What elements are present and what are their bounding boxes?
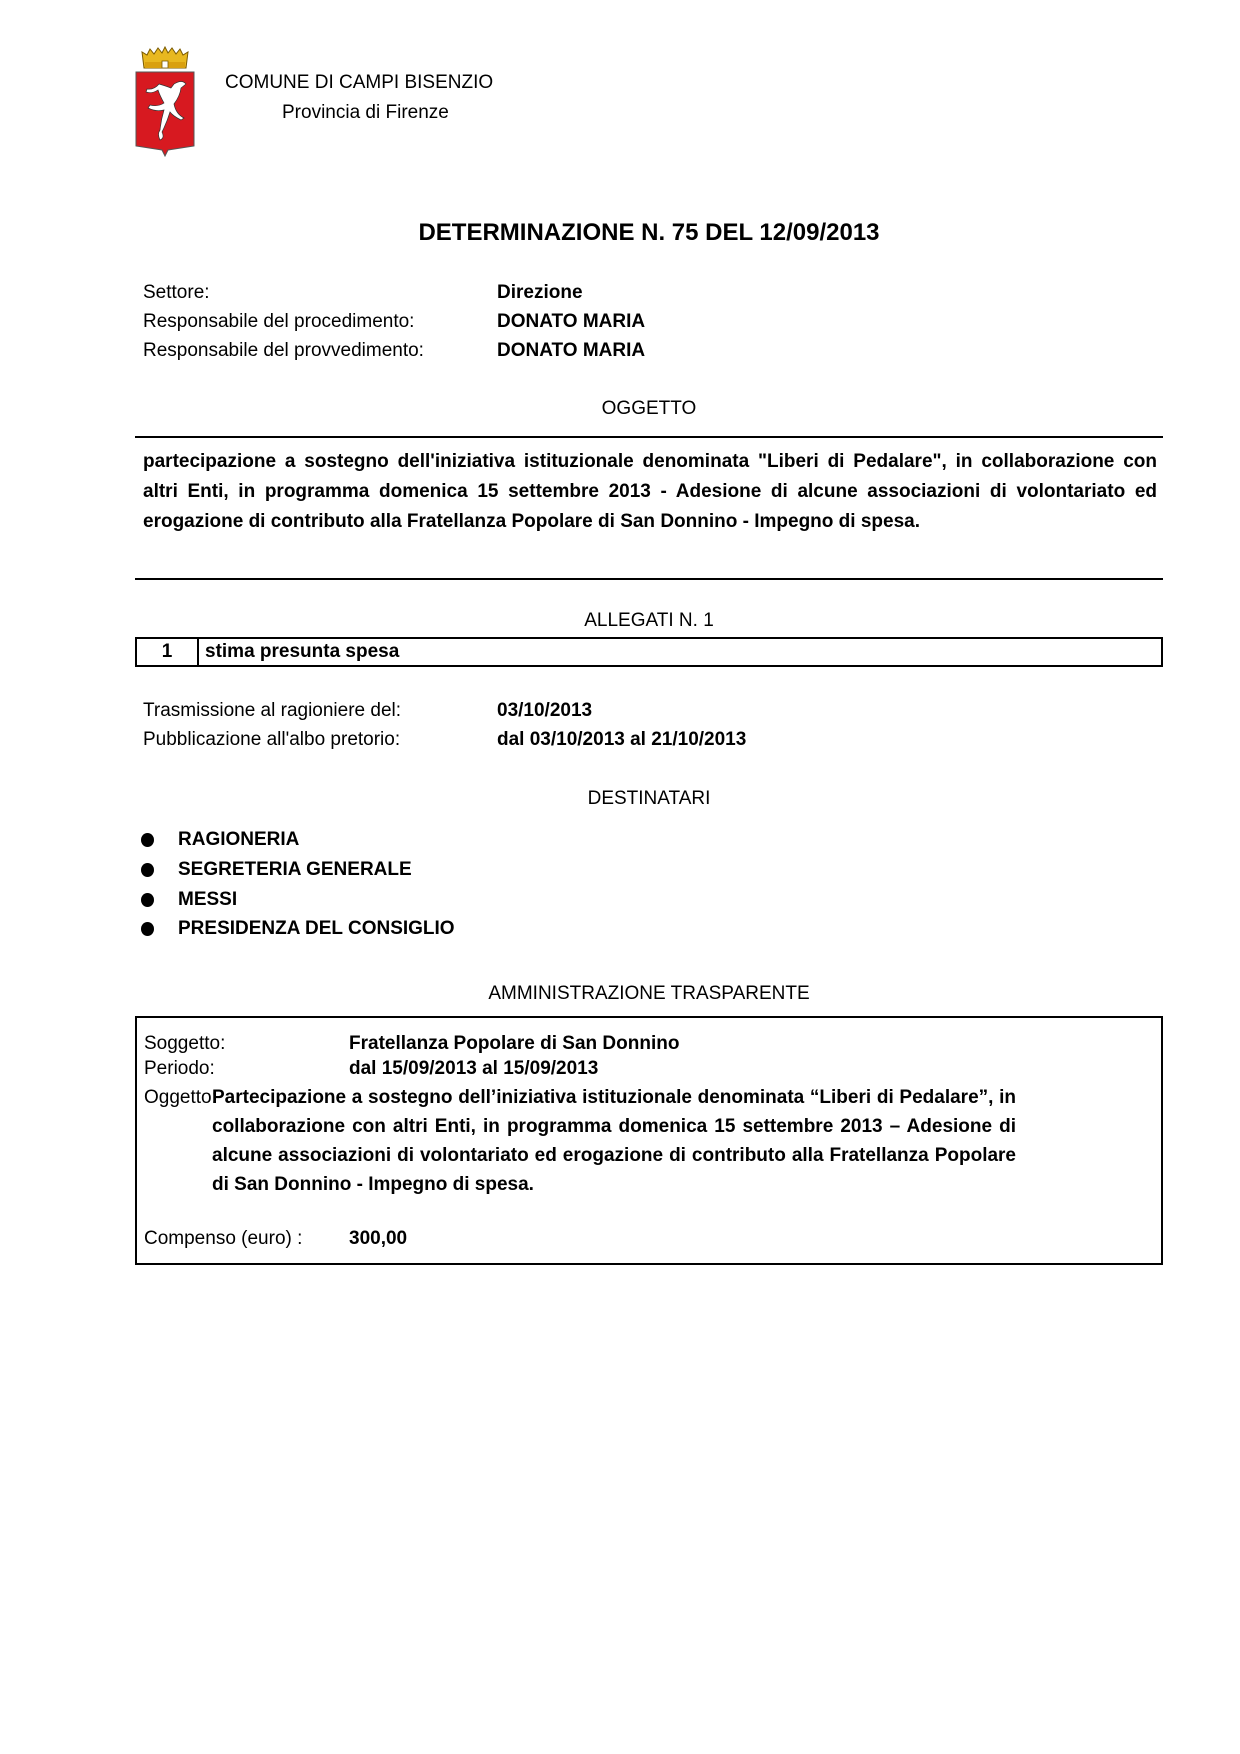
attachment-row[interactable]: 1 stima presunta spesa [135,637,1163,667]
settore-label: Settore: [143,282,210,304]
trasparenza-heading: AMMINISTRAZIONE TRASPARENTE [135,983,1163,1005]
destinatario-name: SEGRETERIA GENERALE [178,859,412,881]
trasmissione-value: 03/10/2013 [497,700,592,722]
soggetto-label: Soggetto: [144,1033,225,1055]
destinatario-name: RAGIONERIA [178,829,299,851]
bullet-icon [141,863,154,877]
destinatari-heading: DESTINATARI [135,788,1163,810]
destinatario-name: MESSI [178,889,237,911]
organization-province: Provincia di Firenze [282,102,449,124]
compenso-label: Compenso (euro) : [144,1228,302,1250]
coat-of-arms-icon [134,46,196,158]
bullet-icon [141,833,154,847]
pubblicazione-value: dal 03/10/2013 al 21/10/2013 [497,729,746,751]
responsabile-provvedimento-label: Responsabile del provvedimento: [143,340,424,362]
oggetto-text: partecipazione a sostegno dell'iniziativ… [143,447,1157,537]
soggetto-value: Fratellanza Popolare di San Donnino [349,1033,679,1055]
allegati-heading: ALLEGATI N. 1 [135,610,1163,632]
list-item: MESSI [141,888,237,912]
destinatario-name: PRESIDENZA DEL CONSIGLIO [178,918,455,940]
responsabile-procedimento-value: DONATO MARIA [497,311,645,333]
divider [135,436,1163,438]
oggetto-heading: OGGETTO [135,398,1163,420]
document-title: DETERMINAZIONE N. 75 DEL 12/09/2013 [135,219,1163,247]
attachment-number: 1 [137,639,199,665]
periodo-label: Periodo: [144,1058,215,1080]
trasmissione-label: Trasmissione al ragioniere del: [143,700,401,722]
responsabile-provvedimento-value: DONATO MARIA [497,340,645,362]
bullet-icon [141,893,154,907]
pubblicazione-label: Pubblicazione all'albo pretorio: [143,729,400,751]
bullet-icon [141,922,154,936]
divider [135,578,1163,580]
periodo-value: dal 15/09/2013 al 15/09/2013 [349,1058,598,1080]
compenso-value: 300,00 [349,1228,407,1250]
list-item: RAGIONERIA [141,828,299,852]
list-item: SEGRETERIA GENERALE [141,858,412,882]
responsabile-procedimento-label: Responsabile del procedimento: [143,311,414,333]
oggetto-label: Oggetto: [144,1087,217,1109]
trasparenza-oggetto-value: Partecipazione a sostegno dell’iniziativ… [212,1083,1016,1199]
attachment-description[interactable]: stima presunta spesa [199,639,399,665]
list-item: PRESIDENZA DEL CONSIGLIO [141,917,455,941]
settore-value: Direzione [497,282,583,304]
organization-name: COMUNE DI CAMPI BISENZIO [225,72,493,94]
